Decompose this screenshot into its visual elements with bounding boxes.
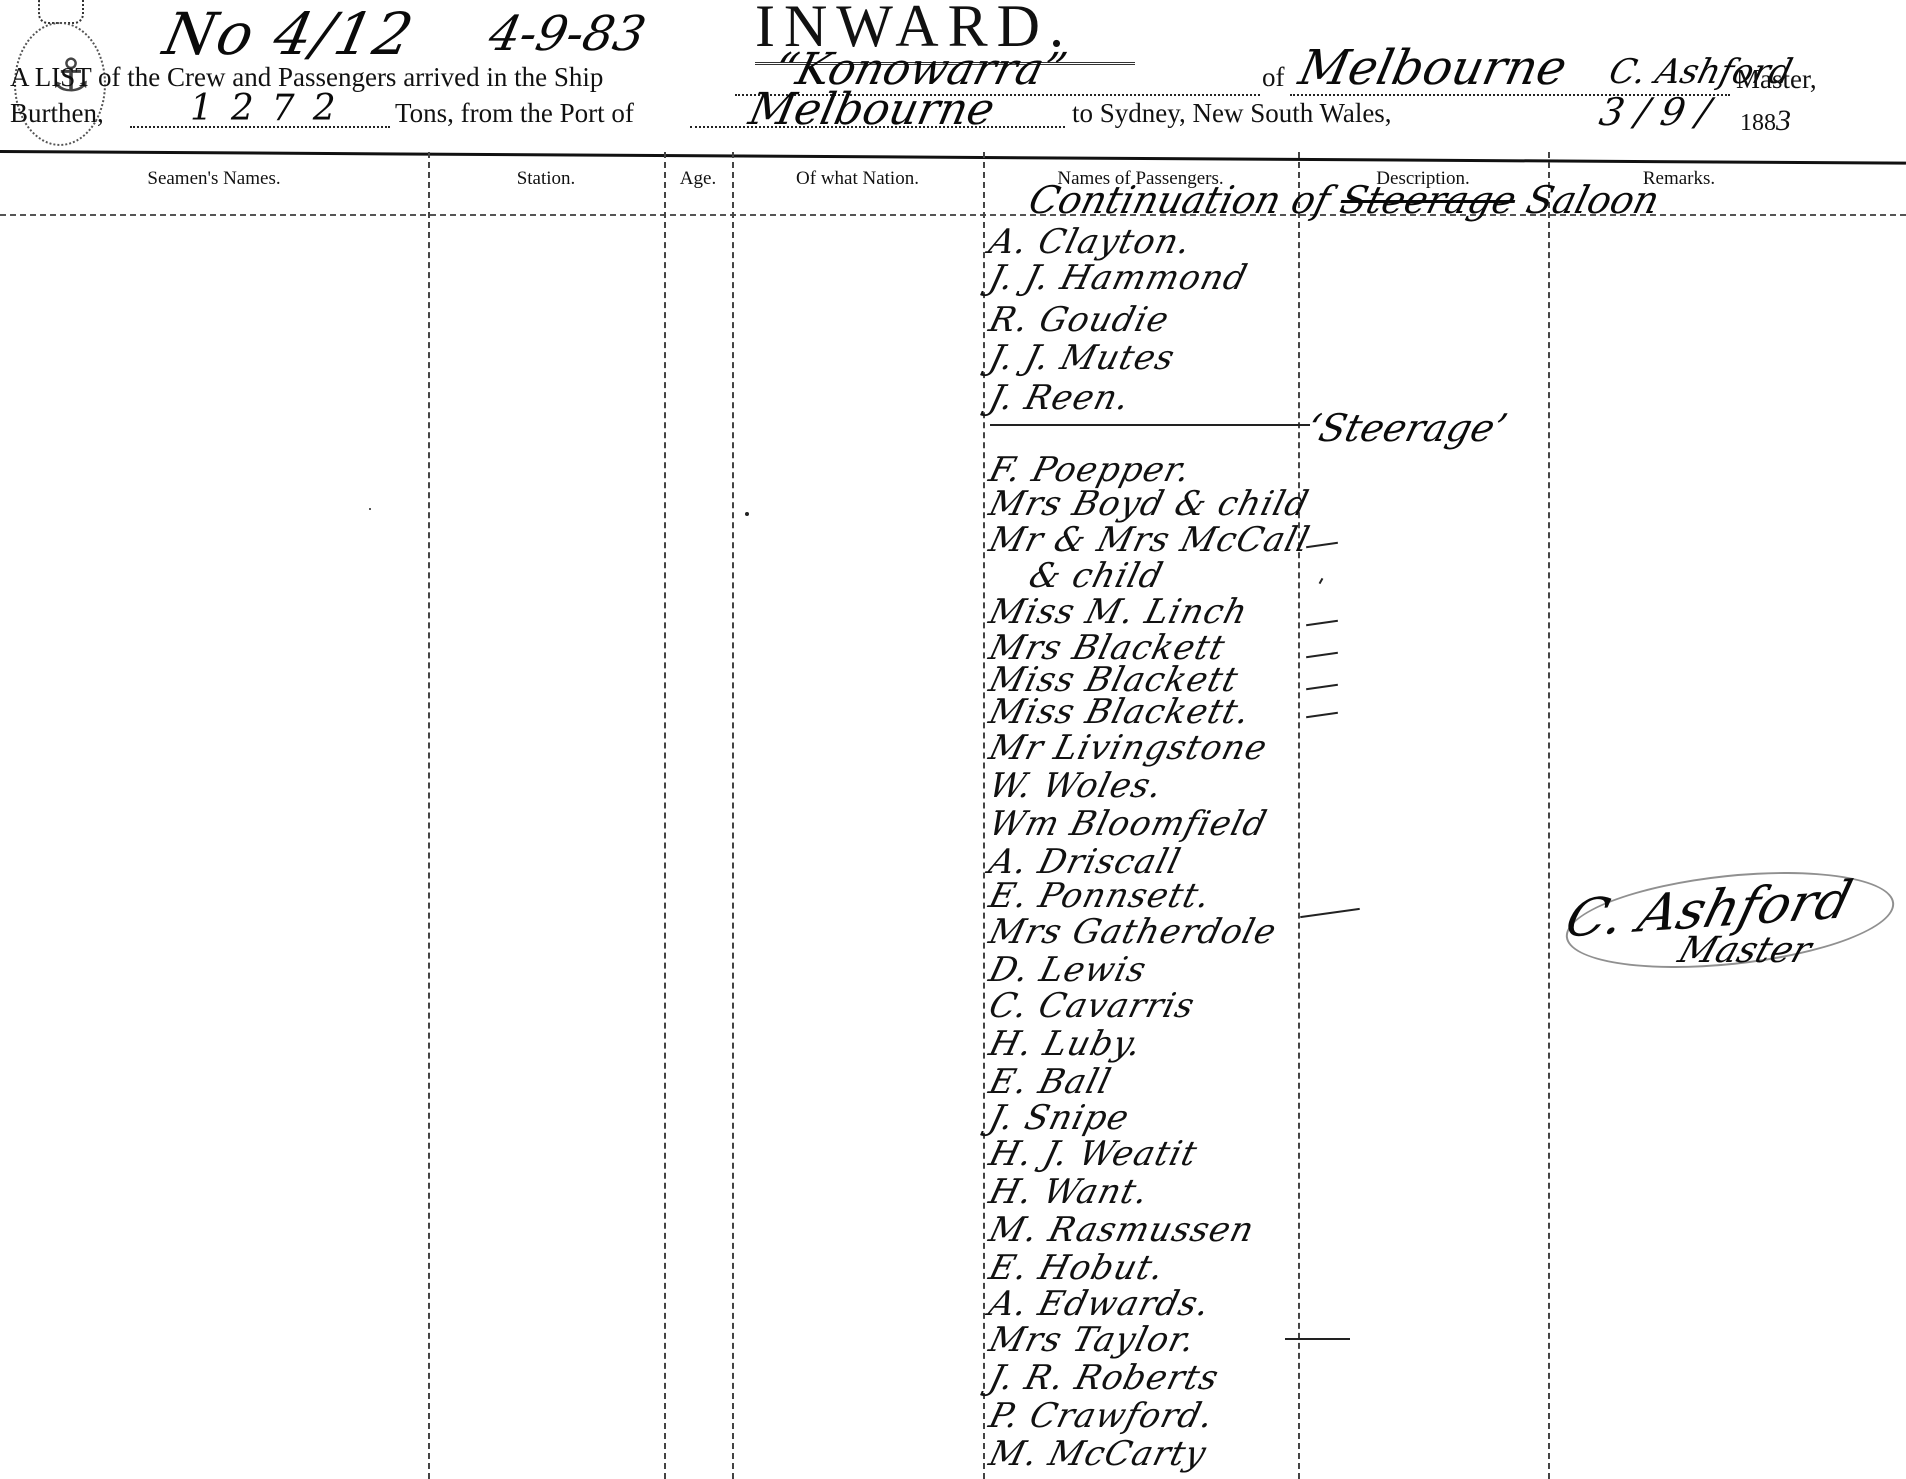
section-separator [990, 424, 1310, 426]
passenger-row: Wm Bloomfield [985, 804, 1271, 844]
struck-class: Steerage [1336, 178, 1521, 222]
arrival-year: 1883 [1740, 104, 1791, 138]
passenger-row: J. J. Hammond [985, 258, 1252, 298]
passenger-row: A. Clayton. [985, 222, 1195, 262]
port-of-registry: Melbourne [1294, 40, 1572, 96]
scan-speck [369, 508, 371, 510]
from-port: Melbourne [745, 84, 999, 135]
column-header-nation: Of what Nation. [732, 168, 983, 190]
column-header-seamen-names: Seamen's Names. [0, 168, 428, 190]
column-divider [664, 152, 666, 1479]
passenger-row: H. Want. [985, 1172, 1153, 1212]
passenger-row: Miss M. Linch [985, 592, 1252, 632]
passenger-row: J. Reen. [985, 378, 1134, 418]
column-divider [983, 152, 985, 1479]
tick-mark [1306, 684, 1338, 690]
tick-mark [1306, 542, 1338, 548]
header-top-rule [0, 150, 1906, 165]
passenger-row: Miss Blackett. [985, 692, 1254, 732]
crown-icon [38, 0, 84, 24]
column-divider [1298, 152, 1300, 1479]
tick-mark [1306, 620, 1338, 626]
year-printed: 188 [1740, 110, 1776, 136]
column-divider [428, 152, 430, 1479]
passenger-row: D. Lewis [985, 950, 1151, 990]
arrival-date: 3/9/ [1596, 90, 1726, 134]
signature-title: Master [1673, 930, 1816, 971]
continuation-class: Saloon [1522, 178, 1664, 222]
year-handwritten: 3 [1776, 104, 1791, 137]
passenger-row: E. Hobut. [985, 1248, 1169, 1288]
tons-from-port-label: Tons, from the Port of [395, 98, 634, 129]
passenger-row: Mrs Boyd & child [985, 484, 1313, 524]
passenger-row: R. Goudie [985, 300, 1173, 340]
passenger-row: J. R. Roberts [985, 1358, 1223, 1398]
tick-mark [1300, 908, 1360, 918]
section-heading-continuation: Continuation of Steerage Saloon [1025, 178, 1664, 222]
column-header-station: Station. [428, 168, 664, 190]
passenger-row: Mrs Gatherdole [985, 912, 1281, 952]
passenger-row: & child [1025, 556, 1168, 596]
tick-mark [1306, 712, 1338, 718]
passenger-row: Mr & Mrs McCall [985, 520, 1314, 560]
column-header-age: Age. [664, 168, 732, 190]
master-label: Master, [1736, 64, 1817, 95]
destination-label: to Sydney, New South Wales, [1072, 98, 1392, 129]
passenger-row: M. McCarty [985, 1434, 1211, 1474]
passenger-row: H. Luby. [985, 1024, 1146, 1064]
passenger-row: J. Snipe [985, 1098, 1134, 1138]
of-label: of [1262, 62, 1285, 93]
column-divider [1548, 152, 1550, 1479]
passenger-row: P. Crawford. [985, 1396, 1218, 1436]
passenger-row: E. Ponnsett. [985, 876, 1215, 916]
passenger-row: H. J. Weatit [985, 1134, 1202, 1174]
passenger-row: J. J. Mutes [985, 338, 1179, 378]
passenger-row: Mrs Taylor. [985, 1320, 1199, 1360]
reference-date: 4-9-83 [484, 6, 650, 62]
burthen-label: Burthen, [10, 98, 104, 129]
passenger-row: Mr Livingstone [985, 728, 1272, 768]
passenger-row: A. Edwards. [985, 1284, 1214, 1324]
section-heading-steerage: ‘Steerage’ [1303, 406, 1512, 450]
scan-speck [745, 512, 749, 516]
column-divider [732, 152, 734, 1479]
continuation-prefix: Continuation of [1025, 178, 1335, 222]
passenger-row: W. Woles. [985, 766, 1167, 806]
tick-mark [1306, 652, 1338, 658]
reference-number: No 4/12 [158, 0, 421, 68]
tons-value: 1272 [190, 88, 354, 129]
tick-mark [1319, 578, 1324, 584]
passenger-row: E. Ball [985, 1062, 1115, 1102]
passenger-row: M. Rasmussen [985, 1210, 1259, 1250]
tick-mark [1285, 1338, 1350, 1340]
passenger-row: C. Cavarris [985, 986, 1199, 1026]
